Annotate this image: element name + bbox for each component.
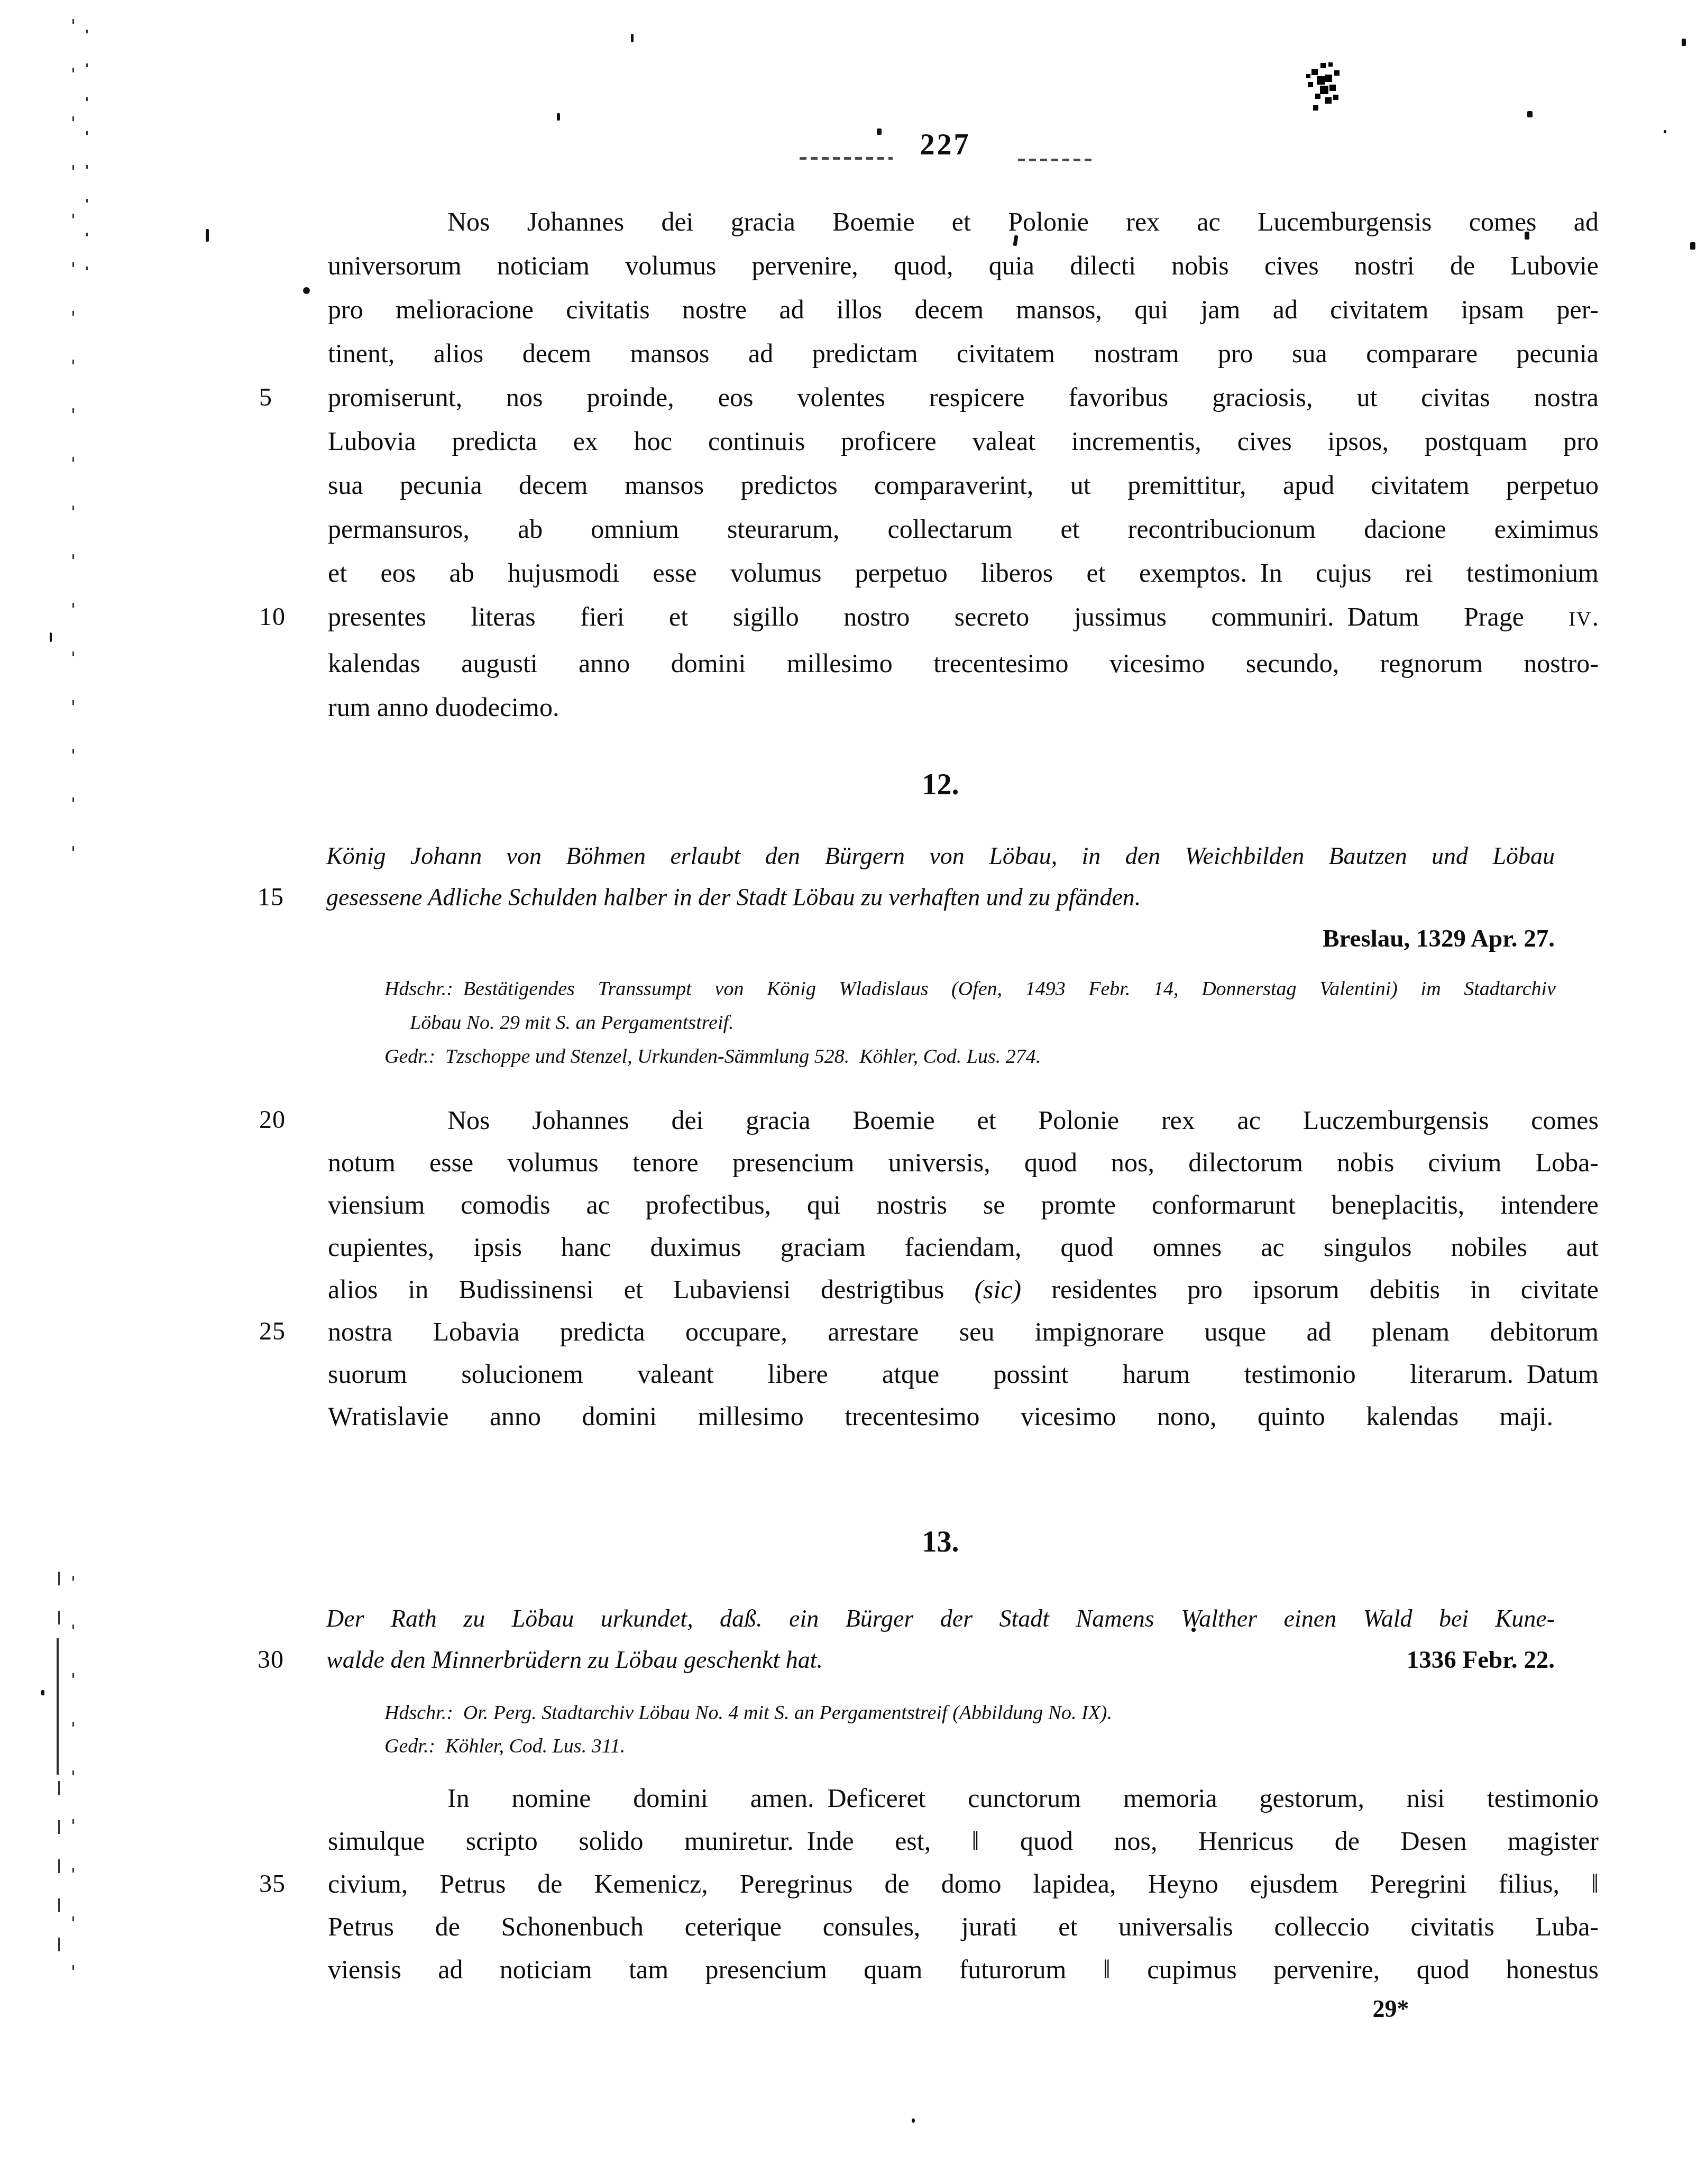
ink-speck	[206, 229, 209, 242]
ink-speck	[1525, 232, 1529, 240]
page-number: 227	[899, 128, 992, 162]
text-line: viensis ad noticiam tam presencium quam …	[328, 1948, 1599, 1991]
text-line: rum anno duodecimo.	[328, 685, 1599, 729]
line-text: Petrus de Schonenbuch ceterique consules…	[328, 1912, 1599, 1941]
regest-text: walde den Minnerbrüdern zu Löbau geschen…	[326, 1639, 823, 1681]
header-rule-left	[800, 157, 893, 160]
source-hdschr: Hdschr.: Bestätigendes Transsumpt von Kö…	[384, 972, 1556, 1006]
ink-speck	[1191, 1628, 1196, 1632]
text-line: notum esse volumus tenore presencium uni…	[328, 1141, 1599, 1183]
line-text: Nos Johannes dei gracia Boemie et Poloni…	[447, 1105, 1599, 1135]
text-line: alios in Budissinensi et Lubaviensi dest…	[328, 1268, 1599, 1310]
binding-mark-column	[86, 30, 88, 297]
line-text: Lubovia predicta ex hoc continuis profic…	[328, 426, 1599, 456]
line-text: permansuros, ab omnium steurarum, collec…	[328, 514, 1599, 544]
line-text: viensis ad noticiam tam presencium quam …	[328, 1954, 1599, 1984]
text-line: universorum noticiam volumus pervenire, …	[328, 244, 1599, 288]
source-text: Löbau No. 29 mit S. an Pergamentstreif.	[410, 1012, 734, 1034]
text-line: tinent, alios decem mansos ad predictam …	[328, 332, 1599, 375]
source-gedr: Gedr.: Tzschoppe und Stenzel, Urkunden-S…	[384, 1040, 1556, 1073]
line-text: simulque scripto solido muniretur. Inde …	[328, 1826, 1599, 1856]
text-line: cupientes, ipsis hanc duximus graciam fa…	[328, 1226, 1599, 1268]
margin-line-number: 25	[259, 1310, 315, 1353]
ink-speck	[50, 632, 52, 642]
binding-mark-column	[58, 1781, 60, 1967]
text-line: suorum solucionem valeant libere atque p…	[328, 1353, 1599, 1395]
sic-annotation: (sic)	[974, 1274, 1021, 1304]
charter-13-regest: Der Rath zu Löbau urkundet, daß. ein Bür…	[326, 1598, 1555, 1681]
regest-line: Der Rath zu Löbau urkundet, daß. ein Bür…	[326, 1598, 1555, 1639]
charter-13-sources: Hdschr.: Or. Perg. Stadtarchiv Löbau No.…	[384, 1696, 1556, 1763]
line-text: In nomine domini amen. Deficeret cunctor…	[447, 1783, 1599, 1813]
regest-line: König Johann von Böhmen erlaubt den Bürg…	[326, 836, 1555, 877]
charter-date: 1336 Febr. 22.	[1407, 1639, 1555, 1681]
text-line: sua pecunia decem mansos predictos compa…	[328, 463, 1599, 507]
line-text: rum anno duodecimo.	[328, 692, 559, 722]
line-text: sua pecunia decem mansos predictos compa…	[328, 470, 1599, 500]
source-text: Hdschr.: Or. Perg. Stadtarchiv Löbau No.…	[384, 1702, 1112, 1724]
regest-text: gesessene Adliche Schulden halber in der…	[326, 884, 1141, 911]
source-gedr: Gedr.: Köhler, Cod. Lus. 311.	[384, 1730, 1556, 1763]
regest-text: Der Rath zu Löbau urkundet, daß. ein Bür…	[326, 1605, 1555, 1632]
ink-speck	[41, 1690, 44, 1695]
source-text: Hdschr.: Bestätigendes Transsumpt von Kö…	[384, 978, 1556, 1000]
charter-12-sources: Hdschr.: Bestätigendes Transsumpt von Kö…	[384, 972, 1556, 1073]
line-text: kalendas augusti anno domini millesimo t…	[328, 648, 1599, 678]
ink-speck	[631, 34, 634, 42]
ink-speck	[1527, 111, 1533, 117]
line-text: suorum solucionem valeant libere atque p…	[328, 1359, 1599, 1389]
header-rule-right	[1018, 159, 1093, 161]
scanned-book-page: { "page_number": "227", "signature_mark"…	[0, 0, 1697, 2184]
text-line: 5promiserunt, nos proinde, eos volentes …	[328, 375, 1599, 419]
binding-mark-column	[58, 1572, 60, 1639]
ink-speck	[912, 2118, 915, 2123]
ink-speck	[1664, 130, 1666, 133]
roman-numeral-smallcaps: IV	[1568, 608, 1592, 630]
ink-speck	[877, 129, 882, 135]
line-text: Wratislavie anno domini millesimo trecen…	[328, 1401, 1553, 1431]
line-text: viensium comodis ac profectibus, qui nos…	[328, 1190, 1599, 1219]
charter-13-number: 13.	[326, 1525, 1555, 1559]
line-text: Nos Johannes dei gracia Boemie et Poloni…	[447, 207, 1599, 236]
text-line: simulque scripto solido muniretur. Inde …	[328, 1820, 1599, 1862]
source-hdschr: Hdschr.: Or. Perg. Stadtarchiv Löbau No.…	[384, 1696, 1556, 1730]
binding-mark-column	[72, 19, 74, 869]
charter-12-text: 20Nos Johannes dei gracia Boemie et Polo…	[328, 1099, 1599, 1437]
line-text: presentes literas fieri et sigillo nostr…	[328, 602, 1568, 631]
charter-12-date-line: Breslau, 1329 Apr. 27.	[326, 918, 1555, 959]
ink-smudge	[1304, 56, 1307, 59]
source-hdschr-continuation: Löbau No. 29 mit S. an Pergamentstreif.	[384, 1006, 1556, 1040]
ink-speck	[557, 113, 560, 121]
line-text: tinent, alios decem mansos ad predictam …	[328, 338, 1599, 368]
regest-line: 15gesessene Adliche Schulden halber in d…	[326, 877, 1555, 918]
text-line: 20Nos Johannes dei gracia Boemie et Polo…	[328, 1099, 1599, 1141]
line-text: notum esse volumus tenore presencium uni…	[328, 1148, 1599, 1177]
source-text: Gedr.: Köhler, Cod. Lus. 311.	[384, 1735, 625, 1757]
text-line: Petrus de Schonenbuch ceterique consules…	[328, 1905, 1599, 1948]
text-line: 25nostra Lobavia predicta occupare, arre…	[328, 1310, 1599, 1353]
margin-line-number: 10	[259, 595, 315, 639]
binding-mark-column	[57, 1638, 59, 1775]
text-line: 10presentes literas fieri et sigillo nos…	[328, 595, 1599, 641]
margin-line-number: 35	[259, 1862, 315, 1905]
line-text: promiserunt, nos proinde, eos volentes r…	[328, 382, 1599, 412]
line-text: alios in Budissinensi et Lubaviensi dest…	[328, 1274, 974, 1304]
margin-line-number: 30	[258, 1639, 313, 1681]
line-text: nostra Lobavia predicta occupare, arrest…	[328, 1317, 1599, 1346]
ink-speck	[1690, 242, 1695, 250]
text-line: 35civium, Petrus de Kemenicz, Peregrinus…	[328, 1862, 1599, 1905]
charter-date: Breslau, 1329 Apr. 27.	[1323, 925, 1555, 952]
line-text: residentes pro ipsorum debitis in civita…	[1021, 1274, 1599, 1304]
text-line: permansuros, ab omnium steurarum, collec…	[328, 507, 1599, 551]
margin-line-number: 15	[258, 877, 313, 918]
binding-mark-column	[72, 1576, 74, 1978]
text-line: et eos ab hujusmodi esse volumus perpetu…	[328, 551, 1599, 595]
line-text: civium, Petrus de Kemenicz, Peregrinus d…	[328, 1869, 1599, 1898]
text-line: kalendas augusti anno domini millesimo t…	[328, 641, 1599, 685]
text-line: pro melioracione civitatis nostre ad ill…	[328, 288, 1599, 332]
charter-12-regest: König Johann von Böhmen erlaubt den Bürg…	[326, 836, 1555, 959]
charter-13-text: In nomine domini amen. Deficeret cunctor…	[328, 1777, 1599, 1991]
line-text: et eos ab hujusmodi esse volumus perpetu…	[328, 558, 1599, 588]
text-line: viensium comodis ac profectibus, qui nos…	[328, 1183, 1599, 1226]
regest-text: König Johann von Böhmen erlaubt den Bürg…	[326, 842, 1555, 869]
line-text: pro melioracione civitatis nostre ad ill…	[328, 295, 1599, 324]
signature-mark: 29*	[1354, 1995, 1428, 2023]
text-line: Lubovia predicta ex hoc continuis profic…	[328, 419, 1599, 463]
source-text: Gedr.: Tzschoppe und Stenzel, Urkunden-S…	[384, 1045, 1041, 1068]
ink-speck	[1682, 39, 1686, 46]
line-text: .	[1592, 602, 1599, 631]
line-text: cupientes, ipsis hanc duximus graciam fa…	[328, 1232, 1599, 1262]
ink-speck	[303, 287, 310, 294]
charter-12-number: 12.	[326, 768, 1555, 802]
line-text: universorum noticiam volumus pervenire, …	[328, 251, 1599, 280]
text-line: Wratislavie anno domini millesimo trecen…	[328, 1395, 1599, 1437]
margin-line-number: 20	[259, 1099, 315, 1141]
regest-line: 30walde den Minnerbrüdern zu Löbau gesch…	[326, 1639, 1555, 1681]
margin-line-number: 5	[259, 375, 315, 419]
charter-11-text: Nos Johannes dei gracia Boemie et Poloni…	[328, 200, 1599, 729]
text-line: In nomine domini amen. Deficeret cunctor…	[328, 1777, 1599, 1820]
text-line: Nos Johannes dei gracia Boemie et Poloni…	[328, 200, 1599, 244]
